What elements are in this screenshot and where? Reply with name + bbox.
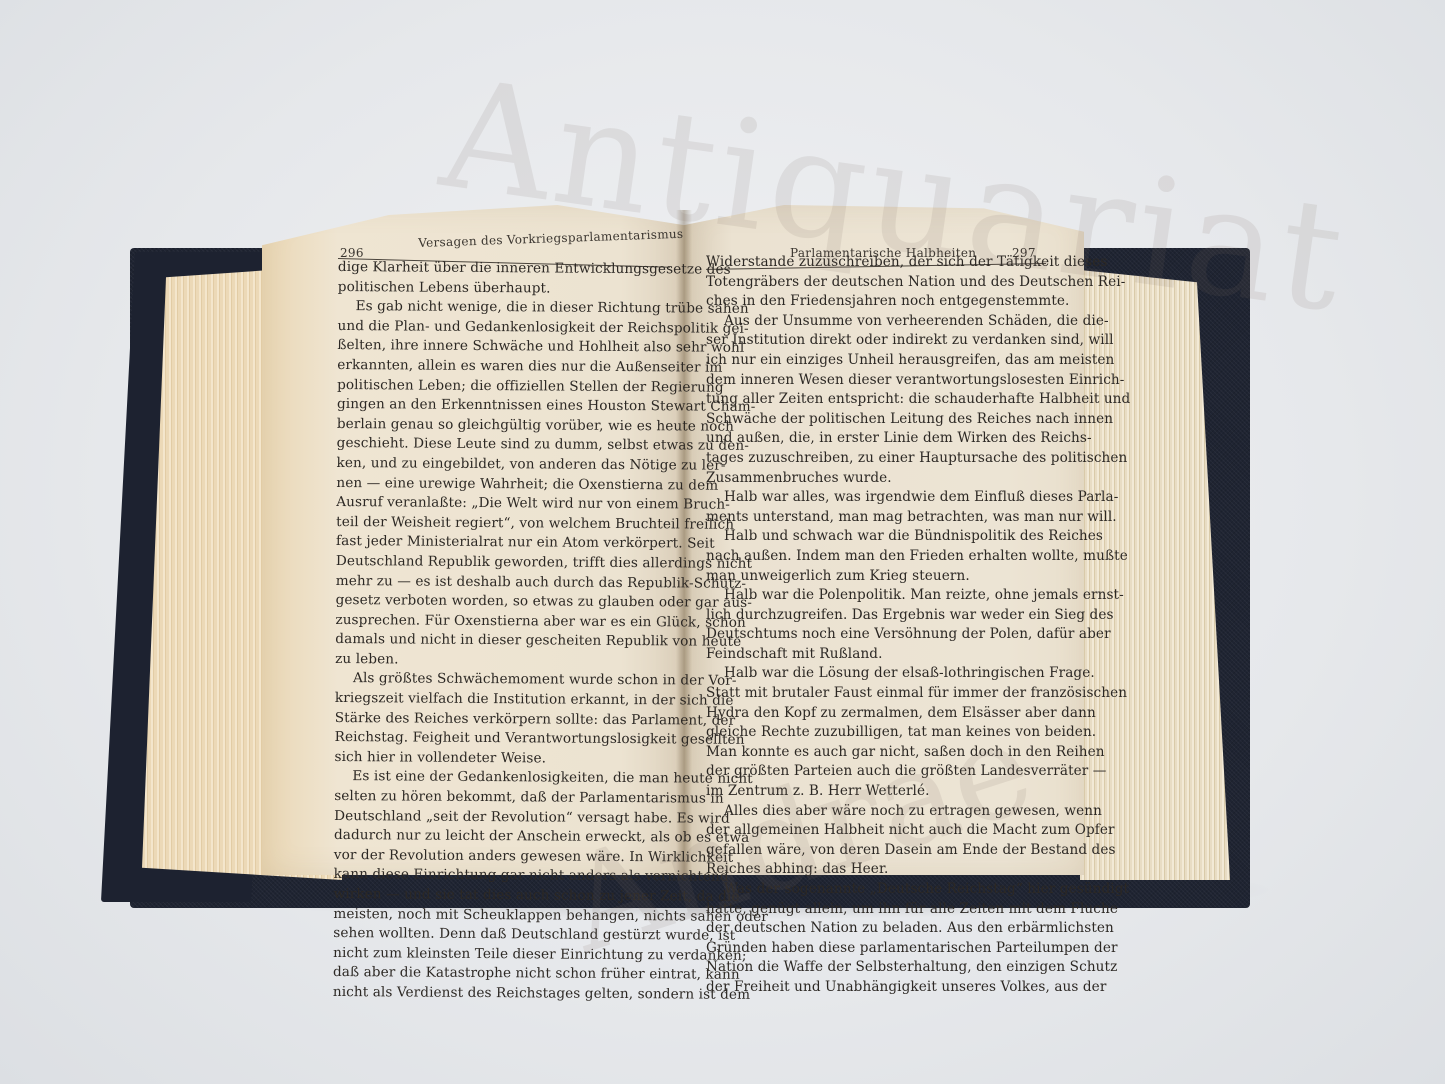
left-page-body: dige Klarheit über die inneren Entwicklu… [333, 258, 668, 1005]
text-line: Deutschland Republik geworden, trifft di… [336, 552, 666, 574]
text-line: Es gab nicht wenige, die in dieser Richt… [338, 297, 668, 319]
text-line: der deutschen Nation zu beladen. Aus den… [706, 919, 1046, 939]
text-line: im Zentrum z. B. Herr Wetterlé. [706, 782, 1046, 802]
text-line: der Freiheit und Unabhängigkeit unseres … [706, 978, 1046, 998]
text-line: Hydra den Kopf zu zermalmen, dem Elsässe… [706, 704, 1046, 724]
text-line: daß aber die Katastrophe nicht schon frü… [333, 963, 663, 985]
text-line: Deutschtums noch eine Versöhnung der Pol… [706, 625, 1046, 645]
right-page-body: Widerstande zuzuschreiben, der sich der … [706, 253, 1046, 998]
text-line: Reichstag. Feigheit und Verantwortungslo… [335, 728, 665, 750]
text-line: Feindschaft mit Rußland. [706, 645, 1046, 665]
text-line: damals und nicht in dieser gescheiten Re… [335, 630, 665, 652]
text-line: nen — eine urewige Wahrheit; die Oxensti… [336, 474, 666, 496]
text-line: Widerstande zuzuschreiben, der sich der … [706, 253, 1046, 273]
text-line: Ausruf veranlaßte: „Die Welt wird nur vo… [336, 493, 666, 515]
text-line: sich hier in vollendeter Weise. [334, 748, 664, 770]
text-line: der allgemeinen Halbheit nicht auch die … [706, 821, 1046, 841]
text-line: Stärke des Reiches verkörpern sollte: da… [335, 709, 665, 731]
text-line: gesetz verboten worden, so etwas zu glau… [336, 591, 666, 613]
text-line: mehr zu — es ist deshalb auch durch das … [336, 571, 666, 593]
text-line: Statt mit brutaler Faust einmal für imme… [706, 684, 1046, 704]
text-line: Halb war die Lösung der elsaß-lothringis… [706, 664, 1046, 684]
text-line: Halb war alles, was irgendwie dem Einflu… [706, 488, 1046, 508]
text-line: selten zu hören bekommt, daß der Parlame… [334, 787, 664, 809]
text-line: tages zuzuschreiben, zu einer Hauptursac… [706, 449, 1046, 469]
text-line: Alles dies aber wäre noch zu ertragen ge… [706, 802, 1046, 822]
text-line: ser Institution direkt oder indirekt zu … [706, 331, 1046, 351]
text-line: ches in den Friedensjahren noch entgegen… [706, 292, 1046, 312]
text-line: gefallen wäre, von deren Dasein am Ende … [706, 841, 1046, 861]
text-line: vor der Revolution anders gewesen wäre. … [334, 846, 664, 868]
text-line: kriegszeit vielfach die Institution erka… [335, 689, 665, 711]
text-line: politischen Leben; die offiziellen Stell… [337, 376, 667, 398]
text-line: und die Plan- und Gedankenlosigkeit der … [337, 317, 667, 339]
text-line: zu leben. [335, 650, 665, 672]
text-line: geschieht. Diese Leute sind zu dumm, sel… [337, 434, 667, 456]
text-line: erkannten, allein es waren dies nur die … [337, 356, 667, 378]
text-line: Was der sogenannte „Deutsche Reichstag“ … [706, 880, 1046, 900]
text-line: fast jeder Ministerialrat nur ein Atom v… [336, 532, 666, 554]
text-line: Halb war die Polenpolitik. Man reizte, o… [706, 586, 1046, 606]
text-line: nicht als Verdienst des Reichstages gelt… [333, 983, 663, 1005]
text-line: nach außen. Indem man den Frieden erhalt… [706, 547, 1046, 567]
text-line: Totengräbers der deutschen Nation und de… [706, 273, 1046, 293]
text-line: der größten Parteien auch die größten La… [706, 762, 1046, 782]
text-line: Gründen haben diese parlamentarischen Pa… [706, 939, 1046, 959]
text-line: Zusammenbruches wurde. [706, 469, 1046, 489]
text-line: teil der Weisheit regiert“, von welchem … [336, 513, 666, 535]
text-line: ments unterstand, man mag betrachten, wa… [706, 508, 1046, 528]
text-line: und außen, die, in erster Linie dem Wirk… [706, 429, 1046, 449]
text-line: lich durchzugreifen. Das Ergebnis war we… [706, 606, 1046, 626]
text-line: Aus der Unsumme von verheerenden Schäden… [706, 312, 1046, 332]
text-line: ich nur ein einziges Unheil herausgreife… [706, 351, 1046, 371]
text-line: dige Klarheit über die inneren Entwicklu… [338, 258, 668, 280]
text-line: nicht zum kleinsten Teile dieser Einrich… [333, 944, 663, 966]
text-line: ken, und zu eingebildet, von anderen das… [336, 454, 666, 476]
text-line: hatte, genügt allein, um ihn für alle Ze… [706, 900, 1046, 920]
text-line: Schwäche der politischen Leitung des Rei… [706, 410, 1046, 430]
text-line: man unweigerlich zum Krieg steuern. [706, 567, 1046, 587]
text-line: Halb und schwach war die Bündnispolitik … [706, 527, 1046, 547]
text-line: gleiche Rechte zuzubilligen, tat man kei… [706, 723, 1046, 743]
text-line: ßelten, ihre innere Schwäche und Hohlhei… [337, 336, 667, 358]
text-line: zusprechen. Für Oxenstierna aber war es … [335, 611, 665, 633]
text-line: Deutschland „seit der Revolution“ versag… [334, 807, 664, 829]
text-line: meisten, noch mit Scheuklappen behangen,… [333, 905, 663, 927]
text-line: dem inneren Wesen dieser verantwortungsl… [706, 371, 1046, 391]
text-line: gingen an den Erkenntnissen eines Housto… [337, 395, 667, 417]
text-line: sehen wollten. Denn daß Deutschland gest… [333, 924, 663, 946]
text-line: Als größtes Schwächemoment wurde schon i… [335, 669, 665, 691]
text-line: Reiches abhing: das Heer. [706, 860, 1046, 880]
text-line: Es ist eine der Gedankenlosigkeiten, die… [334, 767, 664, 789]
text-line: Nation die Waffe der Selbsterhaltung, de… [706, 958, 1046, 978]
text-line: tung aller Zeiten entspricht: die schaud… [706, 390, 1046, 410]
text-line: politischen Lebens überhaupt. [338, 278, 668, 300]
text-line: dadurch nur zu leicht der Anschein erwec… [334, 826, 664, 848]
text-line: berlain genau so gleichgültig vorüber, w… [337, 415, 667, 437]
text-line: wirken — und sie tat dies auch schon zu … [333, 885, 663, 907]
text-line: Man konnte es auch gar nicht, saßen doch… [706, 743, 1046, 763]
text-line: kann diese Einrichtung gar nicht anders … [334, 865, 664, 887]
